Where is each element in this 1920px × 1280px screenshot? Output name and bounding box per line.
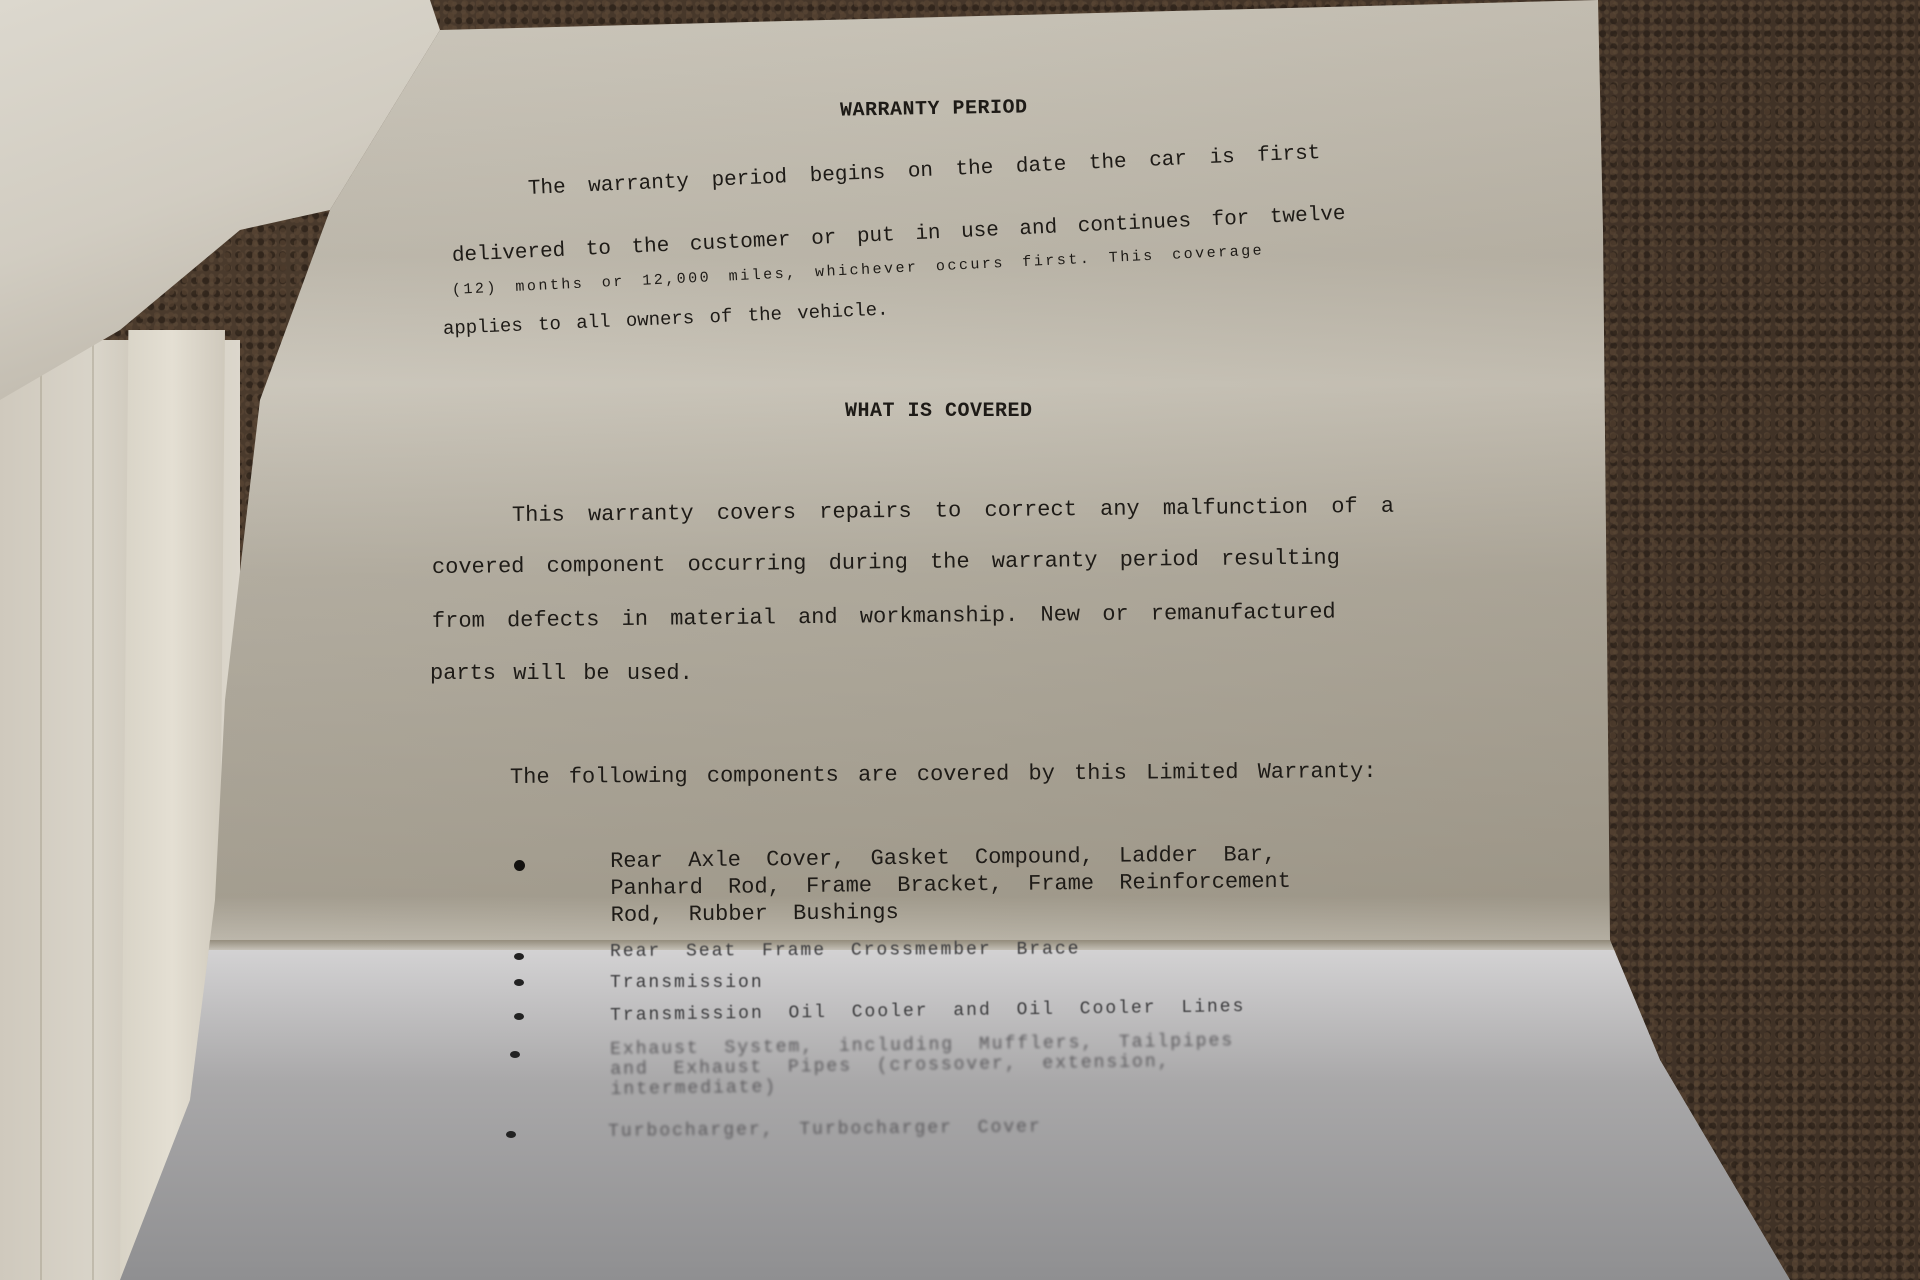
covered-component-item: Transmission (610, 972, 764, 994)
bullet-icon (506, 1131, 516, 1138)
covered-component-line: Rear Seat Frame Crossmember Brace (610, 939, 1081, 963)
covered-component-line: Transmission (610, 972, 764, 994)
bullet-icon (514, 1013, 524, 1020)
paragraph-line: This warranty covers repairs to correct … (512, 494, 1394, 528)
bullet-icon (510, 1051, 520, 1058)
section-heading-what-is-covered: WHAT IS COVERED (845, 400, 1033, 423)
paragraph-line: applies to all owners of the vehicle. (443, 299, 889, 340)
covered-component-item: Rear Axle Cover, Gasket Compound, Ladder… (610, 841, 1291, 929)
paragraph-line: from defects in material and workmanship… (432, 600, 1336, 634)
bullet-icon (514, 860, 525, 871)
covered-component-item: Exhaust System, including Mufflers, Tail… (610, 1031, 1235, 1100)
covered-component-line: Turbocharger, Turbocharger Cover (608, 1116, 1042, 1143)
paragraph-line: covered component occurring during the w… (432, 545, 1340, 580)
covered-component-item: Rear Seat Frame Crossmember Brace (610, 939, 1081, 963)
covered-component-line: Transmission Oil Cooler and Oil Cooler L… (610, 996, 1246, 1027)
covered-component-item: Transmission Oil Cooler and Oil Cooler L… (610, 996, 1246, 1027)
bullet-icon (514, 979, 524, 986)
components-intro: The following components are covered by … (510, 759, 1377, 790)
paragraph-line: The warranty period begins on the date t… (527, 142, 1320, 201)
paragraph-line: parts will be used. (430, 661, 693, 686)
covered-component-line: Rod, Rubber Bushings (611, 895, 1292, 929)
document-text: WARRANTY PERIOD The warranty period begi… (0, 0, 1920, 1280)
bullet-icon (514, 953, 524, 960)
covered-component-item: Turbocharger, Turbocharger Cover (608, 1116, 1042, 1143)
section-heading-warranty-period: WARRANTY PERIOD (840, 96, 1028, 122)
